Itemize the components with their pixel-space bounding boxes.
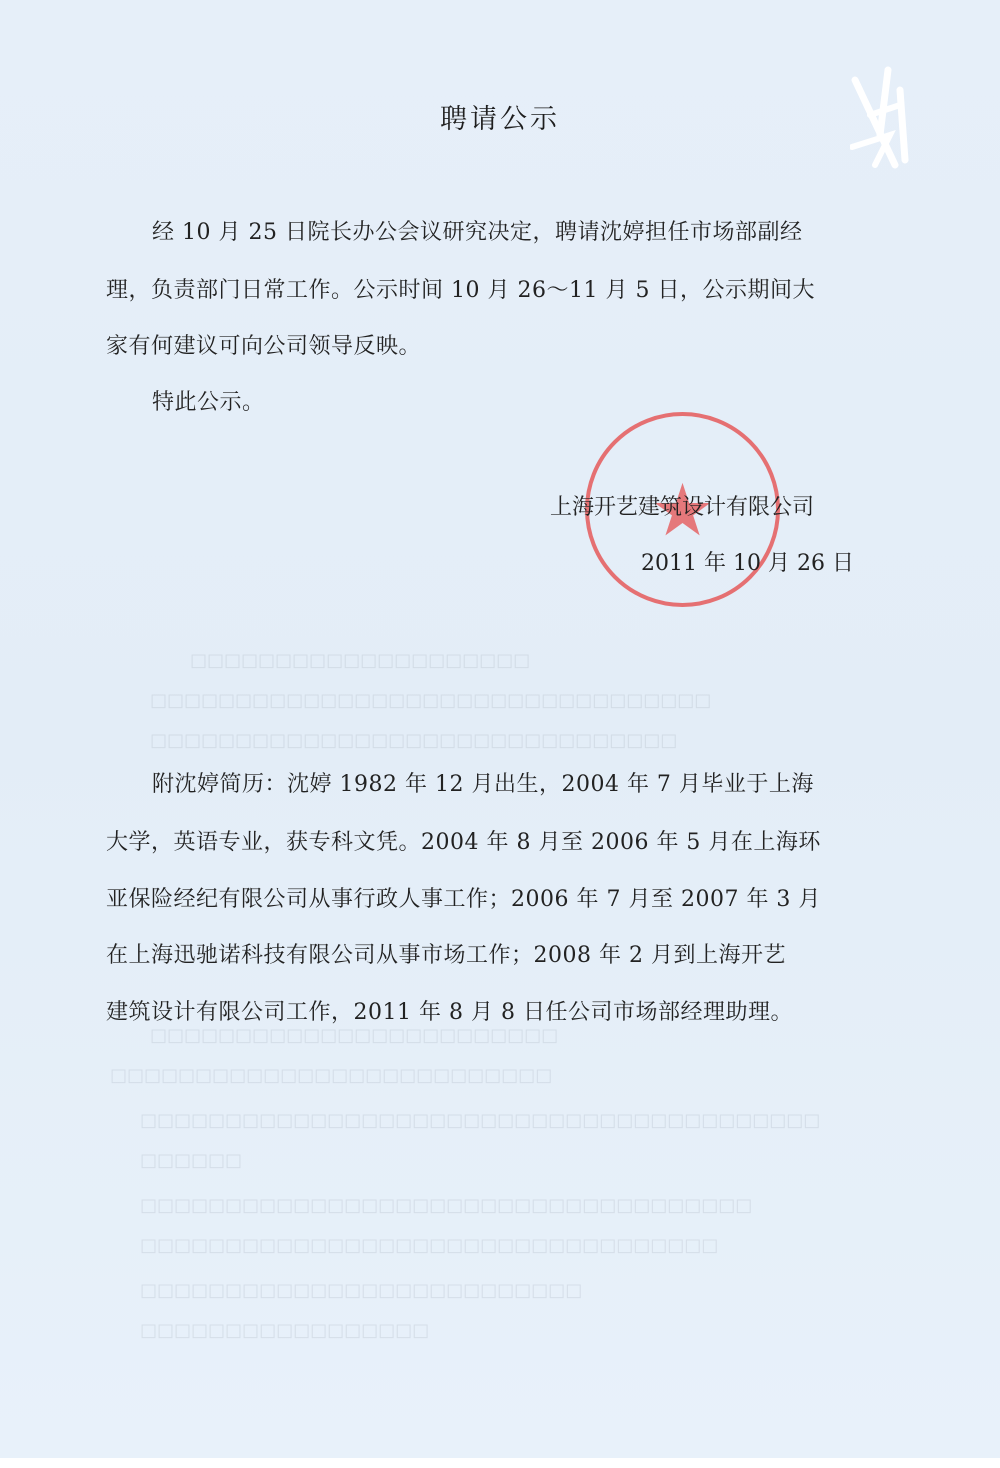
resume-line: 附沈婷简历：沈婷 1982 年 12 月出生，2004 年 7 月毕业于上海 (152, 767, 814, 798)
page-edge (0, 1458, 1000, 1468)
bleed-through-text: □□□□□□□□□□□□□□□□□□□□□□□□□□□□□□□□□□□□□□□□ (140, 1110, 820, 1131)
resume-line: 亚保险经纪有限公司从事行政人事工作；2006 年 7 月至 2007 年 3 月 (106, 882, 821, 913)
body-line: 经 10 月 25 日院长办公会议研究决定，聘请沈婷担任市场部副经 (152, 215, 802, 246)
resume-line: 建筑设计有限公司工作，2011 年 8 月 8 日任公司市场部经理助理。 (106, 995, 793, 1026)
body-line: 理，负责部门日常工作。公示时间 10 月 26～11 月 5 日，公示期间大 (106, 273, 815, 304)
bleed-through-text: □□□□□□□□□□□□□□□□□□□□□□□□□□ (110, 1065, 552, 1086)
bleed-through-text: □□□□□□□□□□□□□□□□□ (140, 1320, 429, 1341)
bleed-through-text: □□□□□□□□□□□□□□□□□□□□□□□□□□□□□□□□□ (150, 690, 711, 711)
bleed-through-text: □□□□□□ (140, 1150, 242, 1171)
resume-line: 在上海迅驰诺科技有限公司从事市场工作；2008 年 2 月到上海开艺 (106, 938, 786, 969)
bleed-through-text: □□□□□□□□□□□□□□□□□□□□□□□□ (150, 1025, 558, 1046)
bleed-through-text: □□□□□□□□□□□□□□□□□□□□□□□□□□□□□□□□□□ (140, 1235, 718, 1256)
bleed-through-text: □□□□□□□□□□□□□□□□□□□□□□□□□□□□□□□□□□□□ (140, 1195, 752, 1216)
document-date: 2011 年 10 月 26 日 (641, 546, 854, 577)
document-title: 聘请公示 (0, 97, 1000, 136)
document-page: □□□□□□□□□□□□□□□□□□□□ □□□□□□□□□□□□□□□□□□□… (0, 0, 1000, 1468)
body-line: 家有何建议可向公司领导反映。 (106, 329, 421, 360)
bleed-through-text: □□□□□□□□□□□□□□□□□□□□□□□□□□□□□□□ (150, 730, 677, 751)
company-name: 上海开艺建筑设计有限公司 (550, 490, 814, 521)
bleed-through-text: □□□□□□□□□□□□□□□□□□□□□□□□□□ (140, 1280, 582, 1301)
bleed-through-text: □□□□□□□□□□□□□□□□□□□□ (190, 650, 530, 671)
closing-text: 特此公示。 (152, 385, 265, 416)
resume-line: 大学，英语专业，获专科文凭。2004 年 8 月至 2006 年 5 月在上海环 (106, 825, 821, 856)
